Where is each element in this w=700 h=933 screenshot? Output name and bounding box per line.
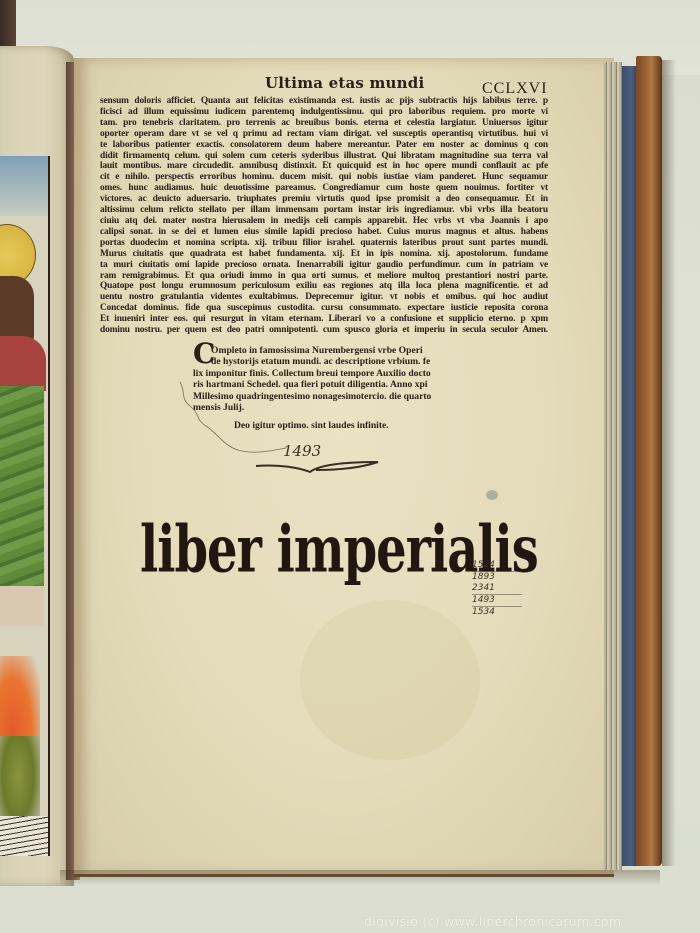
body-text: sensum doloris afficiet. Quanta aut feli…	[100, 96, 548, 336]
hand-colored-woodcut	[0, 156, 50, 856]
text-line: Et inueniri inter eos. qui resurgut in v…	[100, 314, 548, 325]
pencil-number: 1493	[472, 595, 522, 607]
colophon-line: de hystorijs etatum mundi. ac descriptio…	[193, 356, 455, 367]
ink-trail-mark	[176, 380, 296, 460]
text-line: te laboribus patienter exactis. consolat…	[100, 140, 548, 151]
handwritten-date: 1493	[283, 442, 321, 460]
text-line: dominu nostru. per quem est deo patri om…	[100, 325, 548, 336]
book-shadow	[60, 870, 660, 886]
pen-flourish	[250, 460, 380, 476]
pencil-calculation: 1524 1893 2341 1493 1534	[472, 560, 522, 618]
text-line: oporter operam dare vt se vel q primu ad…	[100, 129, 548, 140]
colophon-line: lix imponitur finis. Collectum breui tem…	[193, 368, 455, 379]
paper-foxing	[300, 600, 480, 760]
text-line: ficisci ad illum equissimu iudicem paren…	[100, 107, 548, 118]
text-line: Murus ciuitatis que quadrata est habet f…	[100, 249, 548, 260]
woodcut-ground	[0, 816, 48, 856]
text-line: calipsi sonat. in se dei et lumen eius s…	[100, 227, 548, 238]
text-line: ciuiu atq dei. mater nostra hierusalem i…	[100, 216, 548, 227]
colophon-line: Ompleto in famosissima Nurembergensi vrb…	[193, 345, 455, 356]
left-page-illustrated	[0, 46, 74, 886]
copyright-watermark: digivisio (c) www.liberchronicarum.com	[364, 914, 621, 929]
text-line: didit firmamentq celum. qui solem cum ce…	[100, 151, 548, 162]
ink-stain	[486, 490, 498, 500]
text-line: portas duodecim et nomina scripta. xij. …	[100, 238, 548, 249]
text-line: cit e nihilo. perspectis erroribus homin…	[100, 172, 548, 183]
text-line: tam. pro tenebris claritatem. pro terren…	[100, 118, 548, 129]
text-line: Concedat dominus. fide qua suscepimus cu…	[100, 303, 548, 314]
page-block-edges	[604, 62, 622, 870]
cover-shadow	[662, 60, 676, 866]
text-line: Quatope post longu erumnosum periculosum…	[100, 281, 548, 292]
text-line: ta muri ciuitatis omi lapide precioso or…	[100, 260, 548, 271]
text-line: sensum doloris afficiet. Quanta aut feli…	[100, 96, 548, 107]
text-line: omes. hunc audiamus. huic deuotissime pa…	[100, 183, 548, 194]
text-line: lauit montibus. mare circudedit. amnibus…	[100, 161, 548, 172]
text-line: uentu nostro gratulantia videntes exulta…	[100, 292, 548, 303]
woodcut-red-cloak	[0, 336, 46, 391]
running-head: Ultima etas mundi	[265, 74, 424, 92]
adjacent-binding	[0, 0, 16, 48]
text-line: ram remigrabimus. Et qua oriudi immo in …	[100, 271, 548, 282]
text-line: altissimu celum relicto stellato per ill…	[100, 205, 548, 216]
pencil-number: 1534	[472, 607, 522, 618]
woodcut-sky	[0, 156, 48, 216]
pencil-number: 2341	[472, 583, 522, 595]
woodcut-green-robe	[0, 386, 44, 596]
text-line: victores. ac deuicto aduersario. triupha…	[100, 194, 548, 205]
leather-cover	[636, 56, 662, 866]
woodcut-feet	[0, 586, 44, 626]
pencil-number: 1893	[472, 572, 522, 583]
pencil-number: 1524	[472, 560, 522, 572]
